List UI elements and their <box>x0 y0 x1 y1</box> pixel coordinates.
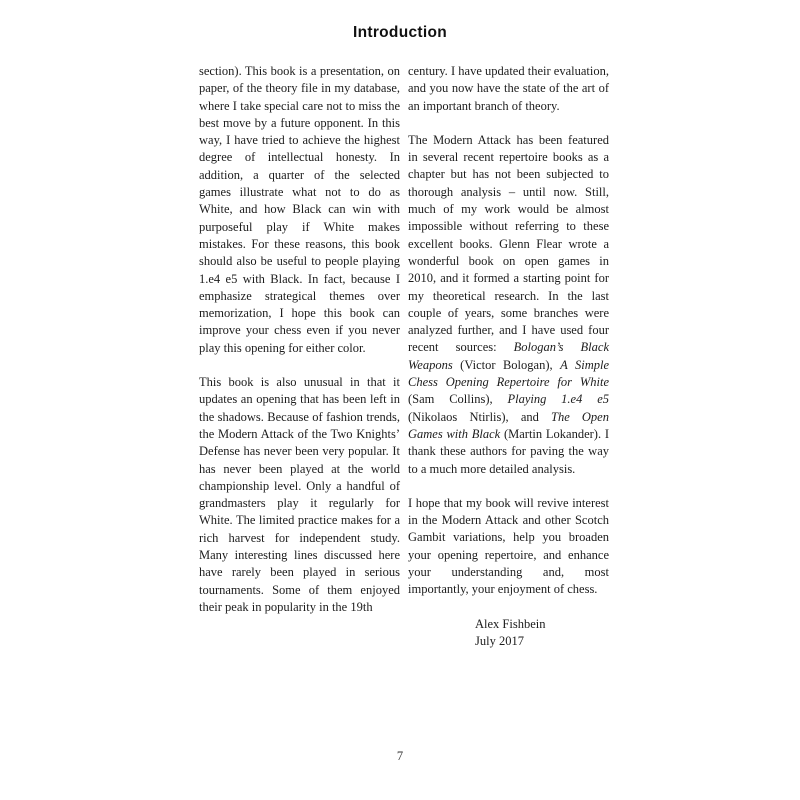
signature-line: July 2017 <box>475 633 609 651</box>
left-column: section). This book is a presentation, o… <box>199 63 400 651</box>
signature-line: Alex Fishbein <box>475 616 609 634</box>
paragraph: This book is also unusual in that it upd… <box>199 374 400 616</box>
italic-book-title: Playing 1.e4 e5 <box>507 392 609 406</box>
signature-block: Alex FishbeinJuly 2017 <box>475 616 609 652</box>
page-number: 7 <box>0 749 800 764</box>
text-run: (Nikolaos Ntirlis), and <box>408 410 551 424</box>
text-run: (Sam Collins), <box>408 392 507 406</box>
right-column: century. I have updated their evaluation… <box>408 63 609 651</box>
page-title: Introduction <box>0 24 800 42</box>
text-columns: section). This book is a presentation, o… <box>199 63 609 651</box>
paragraph: The Modern Attack has been featured in s… <box>408 132 609 478</box>
text-run: I hope that my book will revive interest… <box>408 496 609 596</box>
paragraph: I hope that my book will revive interest… <box>408 495 609 599</box>
paragraph: century. I have updated their evaluation… <box>408 63 609 115</box>
text-run: section). This book is a presentation, o… <box>199 64 400 355</box>
text-run: The Modern Attack has been featured in s… <box>408 133 609 355</box>
book-page: Introduction section). This book is a pr… <box>0 0 800 800</box>
paragraph: section). This book is a presentation, o… <box>199 63 400 357</box>
text-run: century. I have updated their evaluation… <box>408 64 609 113</box>
text-run: (Victor Bologan), <box>453 358 560 372</box>
text-run: This book is also unusual in that it upd… <box>199 375 400 614</box>
